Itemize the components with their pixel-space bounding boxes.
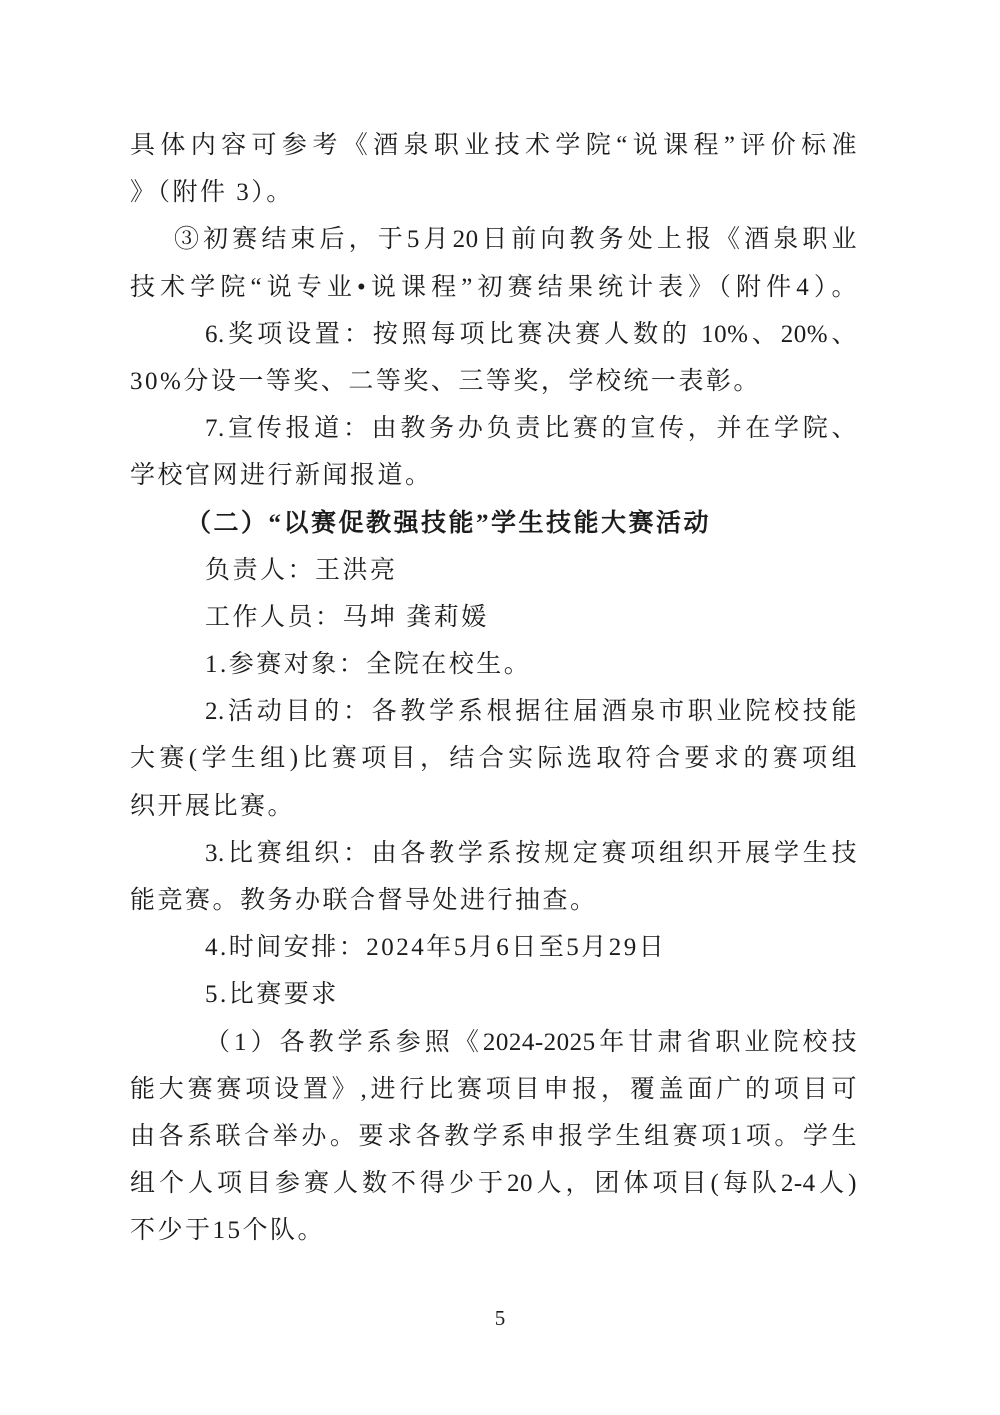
text-line: 大赛(学生组)比赛项目，结合实际选取符合要求的赛项组 (130, 735, 857, 782)
text-line: 4.时间安排：2024年5月6日至5月29日 (130, 924, 857, 971)
document-body: 具体内容可参考《酒泉职业技术学院“说课程”评价标准 》（附件 3）。 ③初赛结束… (130, 122, 857, 1255)
text-line: 5.比赛要求 (130, 971, 857, 1018)
text-line: 能大赛赛项设置》,进行比赛项目申报，覆盖面广的项目可 (130, 1066, 857, 1113)
text-line: 负责人：王洪亮 (130, 547, 857, 594)
text-line: （1）各教学系参照《2024-2025年甘肃省职业院校技 (130, 1019, 857, 1066)
text-line: 工作人员：马坤 龚莉媛 (130, 594, 857, 641)
text-line: 具体内容可参考《酒泉职业技术学院“说课程”评价标准 (130, 122, 857, 169)
text-line: 2.活动目的：各教学系根据往届酒泉市职业院校技能 (130, 688, 857, 735)
text-line: 技术学院“说专业•说课程”初赛结果统计表》（附件4）。 (130, 264, 857, 311)
text-line: 不少于15个队。 (130, 1207, 857, 1254)
text-line: ③初赛结束后，于5月20日前向教务处上报《酒泉职业 (130, 216, 857, 263)
document-page: 具体内容可参考《酒泉职业技术学院“说课程”评价标准 》（附件 3）。 ③初赛结束… (0, 0, 1000, 1415)
text-line: 能竞赛。教务办联合督导处进行抽查。 (130, 877, 857, 924)
text-line: 组个人项目参赛人数不得少于20人，团体项目(每队2-4人) (130, 1160, 857, 1207)
text-line: 7.宣传报道：由教务办负责比赛的宣传，并在学院、 (130, 405, 857, 452)
text-line: 6.奖项设置：按照每项比赛决赛人数的 10%、20%、 (130, 311, 857, 358)
text-line: 织开展比赛。 (130, 783, 857, 830)
section-heading: （二）“以赛促教强技能”学生技能大赛活动 (130, 500, 857, 547)
text-line: 》（附件 3）。 (130, 169, 857, 216)
text-line: 1.参赛对象：全院在校生。 (130, 641, 857, 688)
text-line: 3.比赛组织：由各教学系按规定赛项组织开展学生技 (130, 830, 857, 877)
text-line: 由各系联合举办。要求各教学系申报学生组赛项1项。学生 (130, 1113, 857, 1160)
text-line: 学校官网进行新闻报道。 (130, 452, 857, 499)
text-line: 30%分设一等奖、二等奖、三等奖，学校统一表彰。 (130, 358, 857, 405)
page-number: 5 (0, 1306, 1000, 1331)
